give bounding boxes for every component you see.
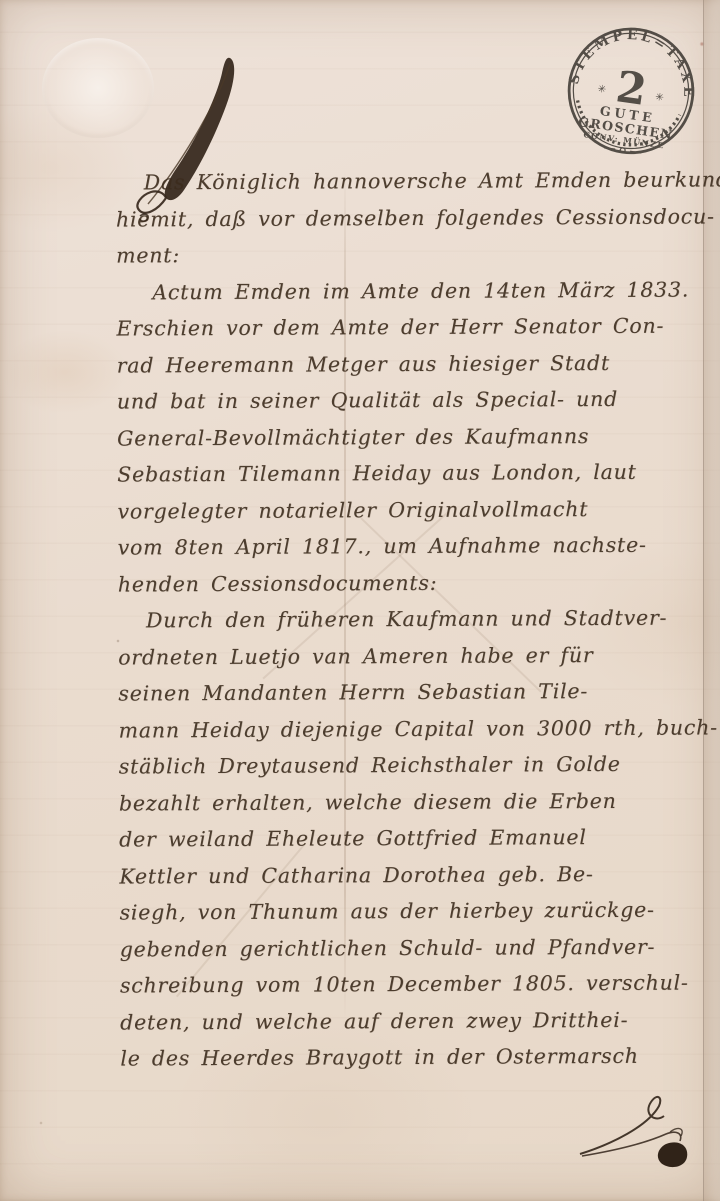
manuscript-line: siegh, von Thunum aus der hierbey zurück…: [119, 891, 694, 931]
manuscript-line: henden Cessionsdocuments:: [118, 563, 693, 603]
manuscript-line: Actum Emden im Amte den 14ten März 1833.: [116, 271, 691, 311]
manuscript-line: vorgelegter notarieller Originalvollmach…: [117, 490, 692, 530]
stamp-star-right-icon: ✳: [654, 91, 665, 104]
manuscript-line: Das Königlich hannoversche Amt Emden beu…: [116, 162, 691, 202]
manuscript-line: vom 8ten April 1817., um Aufnahme nachst…: [118, 526, 693, 566]
manuscript-line: le des Heerdes Braygott in der Ostermars…: [120, 1037, 695, 1077]
manuscript-line: gebenden gerichtlichen Schuld- und Pfand…: [120, 928, 695, 968]
manuscript-line: der weiland Eheleute Gottfried Emanuel: [119, 818, 694, 858]
manuscript-line: hiemit, daß vor demselben folgendes Cess…: [116, 198, 691, 238]
manuscript-line: bezahlt erhalten, welche diesem die Erbe…: [119, 782, 694, 822]
manuscript-page: STEMPEL=TAXE 2 ✳ ✳ GUTE GROSCHEN CONV: M…: [0, 0, 720, 1201]
manuscript-line: Erschien vor dem Amte der Herr Senator C…: [116, 307, 691, 347]
manuscript-line: ordneten Luetjo van Ameren habe er für: [118, 636, 693, 676]
manuscript-line: mann Heiday diejenige Capital von 3000 r…: [118, 709, 693, 749]
manuscript-line: Sebastian Tilemann Heiday aus London, la…: [117, 453, 692, 493]
manuscript-line: rad Heeremann Metger aus hiesiger Stadt: [117, 344, 692, 384]
manuscript-line: und bat in seiner Qualität als Special- …: [117, 380, 692, 420]
manuscript-line: seinen Mandanten Herrn Sebastian Tile-: [118, 672, 693, 712]
manuscript-body: Das Königlich hannoversche Amt Emden beu…: [116, 162, 696, 1077]
stamp-star-left-icon: ✳: [597, 83, 608, 96]
manuscript-line: Kettler und Catharina Dorothea geb. Be-: [119, 855, 694, 895]
signature-paraph: [572, 1082, 697, 1187]
manuscript-line: General-Bevollmächtigter des Kaufmanns: [117, 417, 692, 457]
manuscript-line: Durch den früheren Kaufmann und Stadtver…: [118, 599, 693, 639]
manuscript-line: stäblich Dreytausend Reichsthaler in Gol…: [119, 745, 694, 785]
manuscript-line: deten, und welche auf deren zwey Dritthe…: [120, 1001, 695, 1041]
revenue-stamp: STEMPEL=TAXE 2 ✳ ✳ GUTE GROSCHEN CONV: M…: [556, 14, 706, 164]
manuscript-line: ment:: [116, 234, 691, 274]
manuscript-line: schreibung vom 10ten December 1805. vers…: [120, 964, 695, 1004]
